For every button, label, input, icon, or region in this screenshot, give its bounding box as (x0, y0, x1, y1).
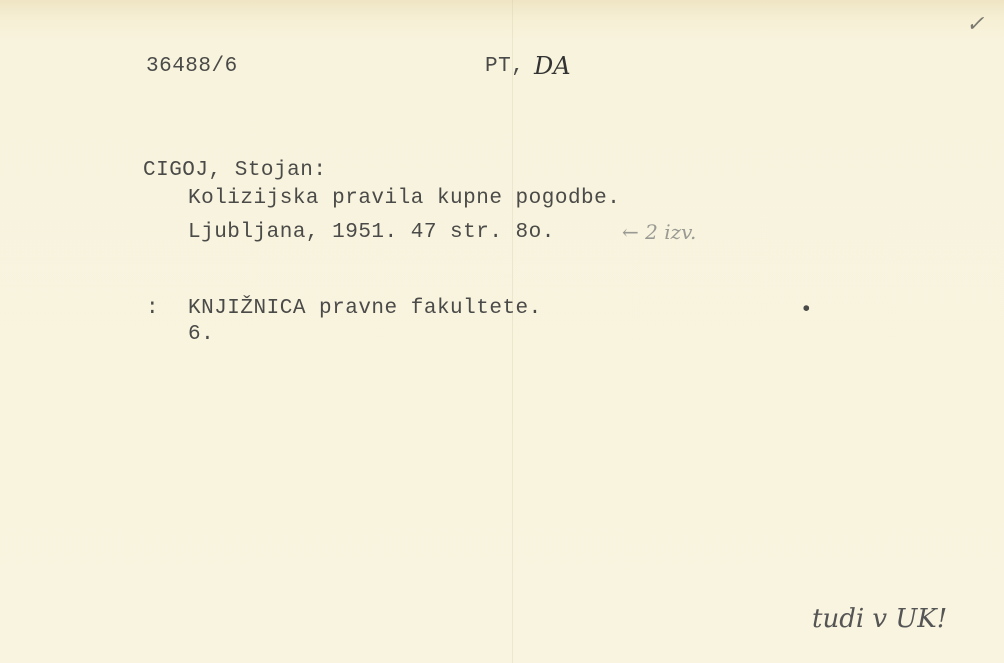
book-title: Kolizijska pravila kupne pogodbe. (188, 188, 620, 209)
card-fold-line (512, 0, 513, 663)
subject-codes-handwritten: DA (534, 52, 571, 80)
holdings-copy-number: 6. (188, 324, 214, 345)
handwritten-footer-note: tudi v UK! (812, 604, 947, 634)
imprint: Ljubljana, 1951. 47 str. 8o. (188, 222, 555, 243)
call-number: 36488/6 (146, 56, 238, 77)
holdings-dot: • (800, 300, 813, 321)
subject-codes-typed: PT, (485, 56, 524, 77)
holdings-prefix: : (146, 298, 159, 319)
checkmark-icon: ✓ (966, 12, 984, 37)
copies-note-handwritten: ← 2 izv. (622, 220, 696, 244)
catalog-card: 36488/6 PT, DA ✓ CIGOJ, Stojan: Kolizijs… (0, 0, 1004, 663)
holdings-library: KNJIŽNICA pravne fakultete. (188, 298, 542, 319)
author-heading: CIGOJ, Stojan: (143, 160, 326, 181)
